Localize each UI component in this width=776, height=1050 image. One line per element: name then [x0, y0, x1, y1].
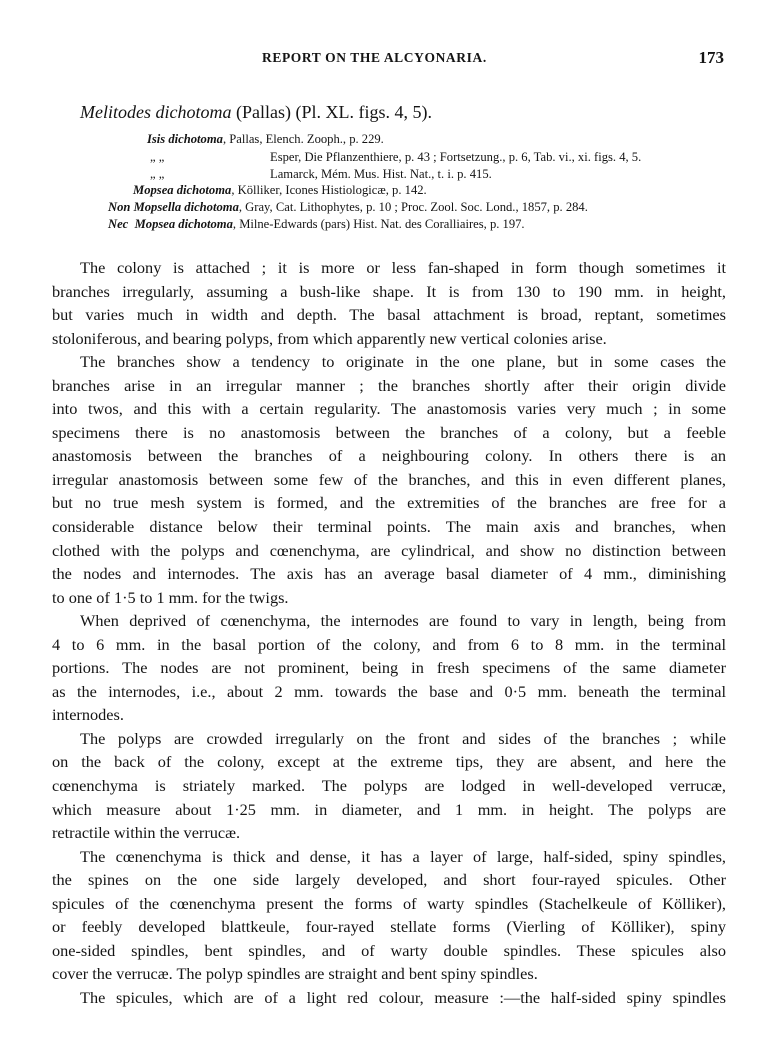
text-line: to one of 1·5 to 1 mm. for the twigs.: [52, 586, 726, 610]
synonym-qualifier: Non: [108, 200, 130, 214]
synonymy-entry: „ „Esper, Die Pflanzenthiere, p. 43 ; Fo…: [150, 149, 270, 166]
synonym-citation: , Kölliker, Icones Histiologicæ, p. 142.: [231, 183, 426, 197]
synonym-citation: Lamarck, Mém. Mus. Hist. Nat., t. i. p. …: [270, 166, 492, 183]
text-line: into twos, and this with a certain regul…: [52, 397, 726, 421]
text-line: clothed with the polyps and cœnenchyma, …: [52, 539, 726, 563]
text-line: but no true mesh system is formed, and t…: [52, 491, 726, 515]
synonym-taxon: Mopsella dichotoma: [134, 200, 239, 214]
page-number: 173: [466, 48, 724, 68]
text-line: the spines on the one side largely devel…: [52, 868, 726, 892]
text-line: When deprived of cœnenchyma, the interno…: [52, 609, 726, 633]
synonym-citation: Esper, Die Pflanzenthiere, p. 43 ; Forts…: [270, 149, 641, 166]
text-line: 4 to 6 mm. in the basal portion of the c…: [52, 633, 726, 657]
text-line: considerable distance below their termin…: [52, 515, 726, 539]
text-line: retractile within the verrucæ.: [52, 821, 726, 845]
ditto-marks: „ „: [150, 149, 270, 166]
synonym-citation: , Pallas, Elench. Zooph., p. 229.: [223, 132, 384, 146]
species-name: Melitodes dichotoma: [80, 102, 231, 122]
synonym-citation: , Gray, Cat. Lithophytes, p. 10 ; Proc. …: [239, 200, 588, 214]
synonym-taxon: Isis dichotoma: [147, 132, 223, 146]
ditto-marks: „ „: [150, 166, 270, 183]
text-line: The cœnenchyma is thick and dense, it ha…: [52, 845, 726, 869]
text-line: The spicules, which are of a light red c…: [52, 986, 726, 1010]
text-line: branches irregularly, assuming a bush-li…: [52, 280, 726, 304]
synonym-qualifier: Nec: [108, 217, 128, 231]
text-line: one-sided spindles, bent spindles, and o…: [52, 939, 726, 963]
running-title: REPORT ON THE ALCYONARIA.: [262, 50, 487, 66]
text-line: spicules of the cœnenchyma present the f…: [52, 892, 726, 916]
text-line: cover the verrucæ. The polyp spindles ar…: [52, 962, 726, 986]
synonymy-entry: Non Mopsella dichotoma, Gray, Cat. Litho…: [108, 199, 588, 216]
synonym-taxon: Mopsea dichotoma: [135, 217, 233, 231]
text-line: the nodes and internodes. The axis has a…: [52, 562, 726, 586]
text-line: specimens there is no anastomosis betwee…: [52, 421, 726, 445]
text-line: irregular anastomosis between some few o…: [52, 468, 726, 492]
text-line: The polyps are crowded irregularly on th…: [52, 727, 726, 751]
running-head: REPORT ON THE ALCYONARIA. 173: [0, 50, 776, 70]
body-text: The colony is attached ; it is more or l…: [52, 256, 726, 1010]
document-page: REPORT ON THE ALCYONARIA. 173 Melitodes …: [0, 0, 776, 1050]
synonym-citation: , Milne-Edwards (pars) Hist. Nat. des Co…: [233, 217, 525, 231]
text-line: but varies much in width and depth. The …: [52, 303, 726, 327]
text-line: portions. The nodes are not prominent, b…: [52, 656, 726, 680]
synonymy-entry: Nec Mopsea dichotoma, Milne-Edwards (par…: [108, 216, 525, 233]
synonymy-entry: Isis dichotoma, Pallas, Elench. Zooph., …: [147, 131, 384, 148]
text-line: cœnenchyma is striately marked. The poly…: [52, 774, 726, 798]
text-line: as the internodes, i.e., about 2 mm. tow…: [52, 680, 726, 704]
synonymy-entry: „ „Lamarck, Mém. Mus. Hist. Nat., t. i. …: [150, 166, 270, 183]
species-heading: Melitodes dichotoma (Pallas) (Pl. XL. fi…: [80, 102, 432, 123]
synonymy-entry: Mopsea dichotoma, Kölliker, Icones Histi…: [133, 182, 427, 199]
text-line: or feebly developed blattkeule, four-ray…: [52, 915, 726, 939]
text-line: branches arise in an irregular manner ; …: [52, 374, 726, 398]
text-line: anastomosis between the branches of a ne…: [52, 444, 726, 468]
text-line: internodes.: [52, 703, 726, 727]
species-heading-rest: (Pallas) (Pl. XL. figs. 4, 5).: [231, 102, 431, 122]
text-line: The branches show a tendency to originat…: [52, 350, 726, 374]
text-line: The colony is attached ; it is more or l…: [52, 256, 726, 280]
text-line: which measure about 1·25 mm. in diameter…: [52, 798, 726, 822]
synonym-taxon: Mopsea dichotoma: [133, 183, 231, 197]
text-line: stoloniferous, and bearing polyps, from …: [52, 327, 726, 351]
text-line: on the back of the colony, except at the…: [52, 750, 726, 774]
